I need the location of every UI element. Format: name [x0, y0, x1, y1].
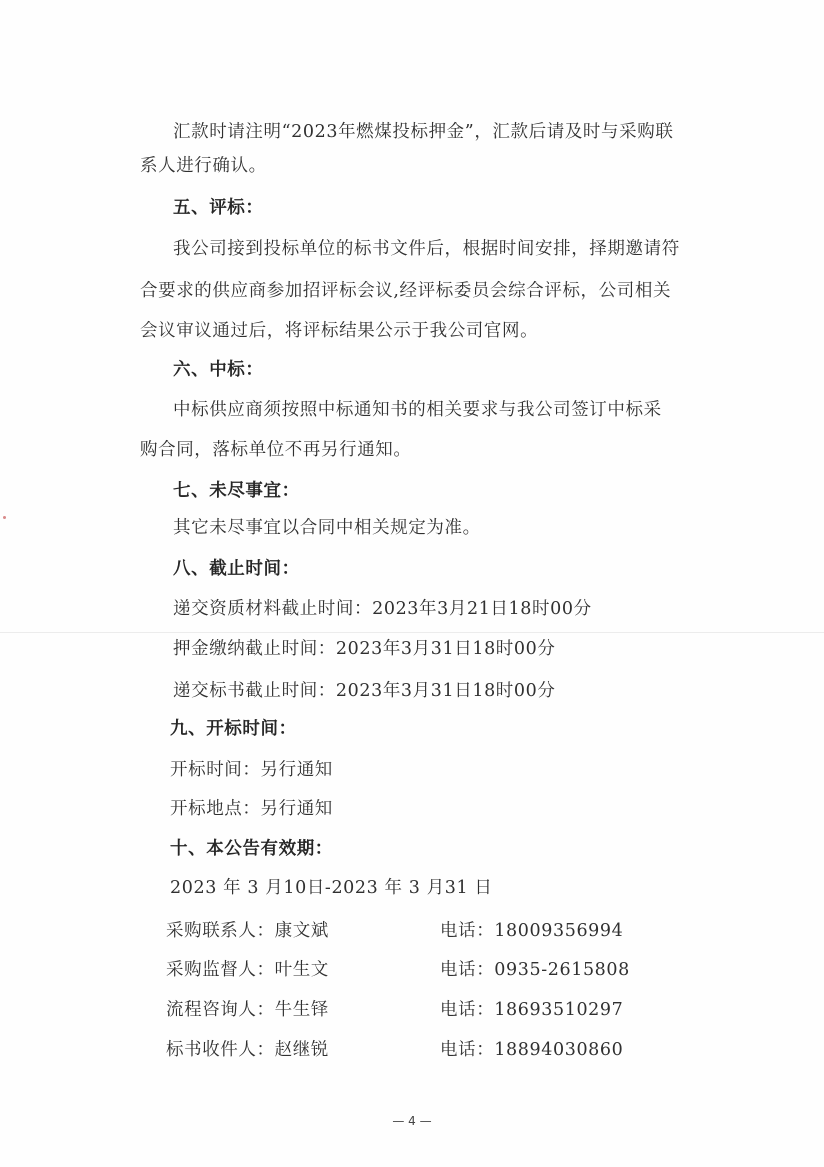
contact-procurement-name: 采购联系人：康文斌 [166, 919, 329, 943]
contact-process-inquiry-name: 流程咨询人：牛生铎 [166, 998, 329, 1022]
section-5-heading: 五、评标： [173, 196, 264, 220]
scan-artifact-line [0, 632, 824, 633]
section-5-body-line-3: 会议审议通过后，将评标结果公示于我公司官网。 [140, 319, 538, 343]
document-page: 汇款时请注明“2023年燃煤投标押金”，汇款后请及时与采购联 系人进行确认。 五… [0, 0, 824, 1167]
deadline-deposit: 押金缴纳截止时间：2023年3月31日18时00分 [173, 637, 555, 661]
contact-supervisor-phone: 电话：0935-2615808 [440, 958, 630, 982]
section-7-heading: 七、未尽事宜： [173, 479, 300, 503]
section-9-heading: 九、开标时间： [170, 717, 297, 741]
remit-note-line-2: 系人进行确认。 [140, 154, 267, 178]
section-5-body-line-1: 我公司接到投标单位的标书文件后，根据时间安排，择期邀请符 [173, 237, 680, 261]
section-6-heading: 六、中标： [173, 358, 264, 382]
section-10-heading: 十、本公告有效期： [170, 837, 333, 861]
section-6-body-line-2: 购合同，落标单位不再另行通知。 [140, 438, 412, 462]
page-number: — 4 — [0, 1114, 824, 1128]
contact-process-inquiry-phone: 电话：18693510297 [440, 998, 623, 1022]
announcement-validity-period: 2023 年 3 月10日-2023 年 3 月31 日 [170, 876, 493, 900]
contact-procurement-phone: 电话：18009356994 [440, 919, 623, 943]
deadline-qualification: 递交资质材料截止时间：2023年3月21日18时00分 [173, 597, 592, 621]
margin-mark [3, 516, 6, 519]
contact-bid-receiver-phone: 电话：18894030860 [440, 1038, 623, 1062]
bid-opening-location: 开标地点：另行通知 [170, 797, 333, 821]
contact-supervisor-name: 采购监督人：叶生文 [166, 958, 329, 982]
deadline-bid-submission: 递交标书截止时间：2023年3月31日18时00分 [173, 679, 555, 703]
section-5-body-line-2: 合要求的供应商参加招评标会议,经评标委员会综合评标，公司相关 [140, 279, 671, 303]
section-7-body-line-1: 其它未尽事宜以合同中相关规定为准。 [173, 516, 481, 540]
contact-bid-receiver-name: 标书收件人：赵继锐 [166, 1038, 329, 1062]
remit-note-line-1: 汇款时请注明“2023年燃煤投标押金”，汇款后请及时与采购联 [173, 120, 673, 144]
section-8-heading: 八、截止时间： [173, 557, 300, 581]
bid-opening-time: 开标时间：另行通知 [170, 758, 333, 782]
section-6-body-line-1: 中标供应商须按照中标通知书的相关要求与我公司签订中标采 [173, 398, 662, 422]
